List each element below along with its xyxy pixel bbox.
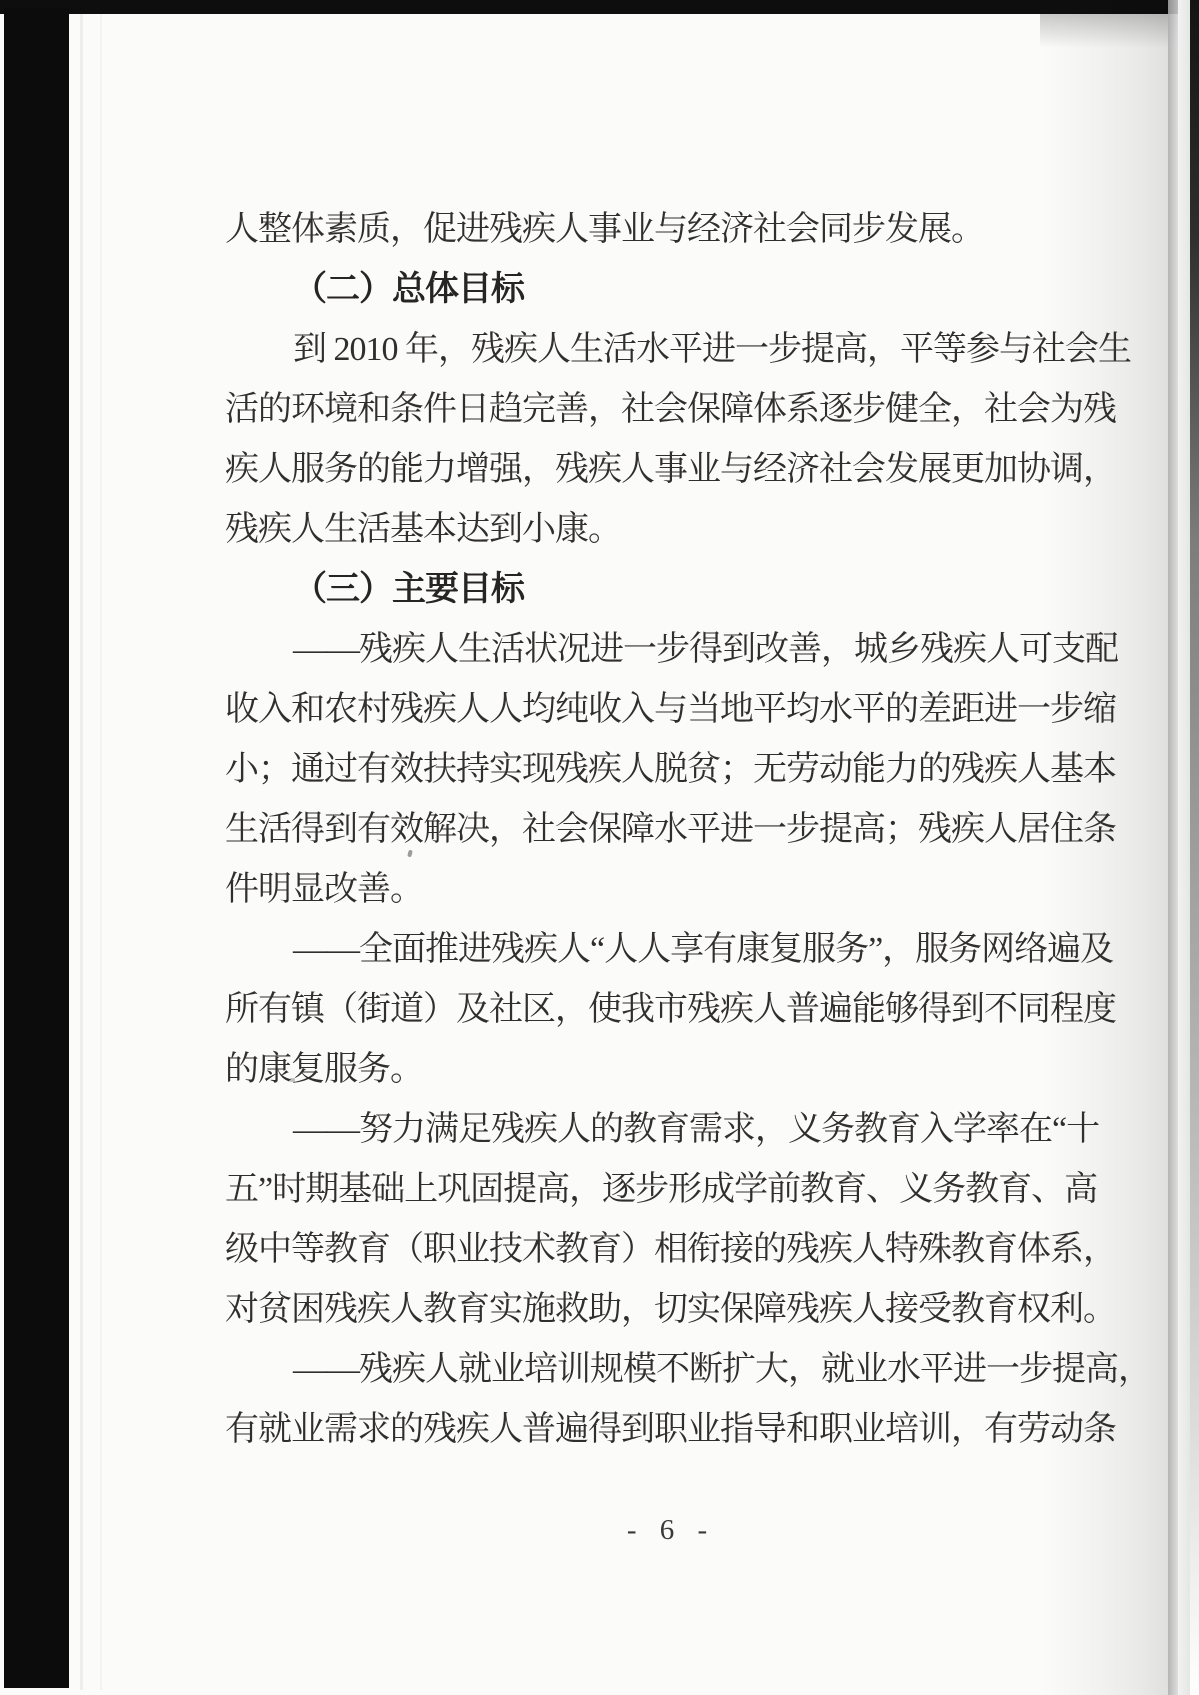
scan-edge-right — [1190, 0, 1199, 1695]
text-line: 所有镇（街道）及社区，使我市残疾人普遍能够得到不同程度 — [225, 980, 1155, 1040]
paper-fold-line — [100, 14, 102, 1690]
section-heading: （二）总体目标 — [225, 260, 1155, 320]
scan-border-top — [0, 0, 1192, 14]
text-line: ——努力满足残疾人的教育需求，义务教育入学率在“十 — [225, 1100, 1155, 1160]
text-line: 对贫困残疾人教育实施救助，切实保障残疾人接受教育权利。 — [225, 1280, 1155, 1340]
text-line: 到 2010 年，残疾人生活水平进一步提高，平等参与社会生 — [225, 320, 1155, 380]
text-line: 小；通过有效扶持实现残疾人脱贫；无劳动能力的残疾人基本 — [225, 740, 1155, 800]
section-heading: （三）主要目标 — [225, 560, 1155, 620]
text-line: ——残疾人生活状况进一步得到改善，城乡残疾人可支配 — [225, 620, 1155, 680]
text-line: 的康复服务。 — [225, 1040, 1155, 1100]
text-line: 五”时期基础上巩固提高，逐步形成学前教育、义务教育、高 — [225, 1160, 1155, 1220]
next-page-edge — [1178, 0, 1190, 1695]
text-line: 活的环境和条件日趋完善，社会保障体系逐步健全，社会为残 — [225, 380, 1155, 440]
page-edge-line — [1168, 0, 1178, 1695]
text-line: 人整体素质，促进残疾人事业与经济社会同步发展。 — [225, 200, 1155, 260]
text-line: 有就业需求的残疾人普遍得到职业指导和职业培训，有劳动条 — [225, 1400, 1155, 1460]
text-line: 收入和农村残疾人人均纯收入与当地平均水平的差距进一步缩 — [225, 680, 1155, 740]
paper-fold-line — [80, 14, 83, 1690]
scan-border-left — [4, 8, 69, 1688]
text-line: ——全面推进残疾人“人人享有康复服务”，服务网络遍及 — [225, 920, 1155, 980]
text-line: 疾人服务的能力增强，残疾人事业与经济社会发展更加协调， — [225, 440, 1155, 500]
text-line: 生活得到有效解决，社会保障水平进一步提高；残疾人居住条 — [225, 800, 1155, 860]
page-number: - 6 - — [225, 1508, 1117, 1552]
text-line: 级中等教育（职业技术教育）相衔接的残疾人特殊教育体系， — [225, 1220, 1155, 1280]
text-line: 残疾人生活基本达到小康。 — [225, 500, 1155, 560]
text-line: 件明显改善。 — [225, 860, 1155, 920]
scanned-document-page: 人整体素质，促进残疾人事业与经济社会同步发展。 （二）总体目标 到 2010 年… — [0, 0, 1199, 1695]
text-line: ——残疾人就业培训规模不断扩大，就业水平进一步提高， — [225, 1340, 1155, 1400]
document-text-block: 人整体素质，促进残疾人事业与经济社会同步发展。 （二）总体目标 到 2010 年… — [225, 200, 1155, 1460]
